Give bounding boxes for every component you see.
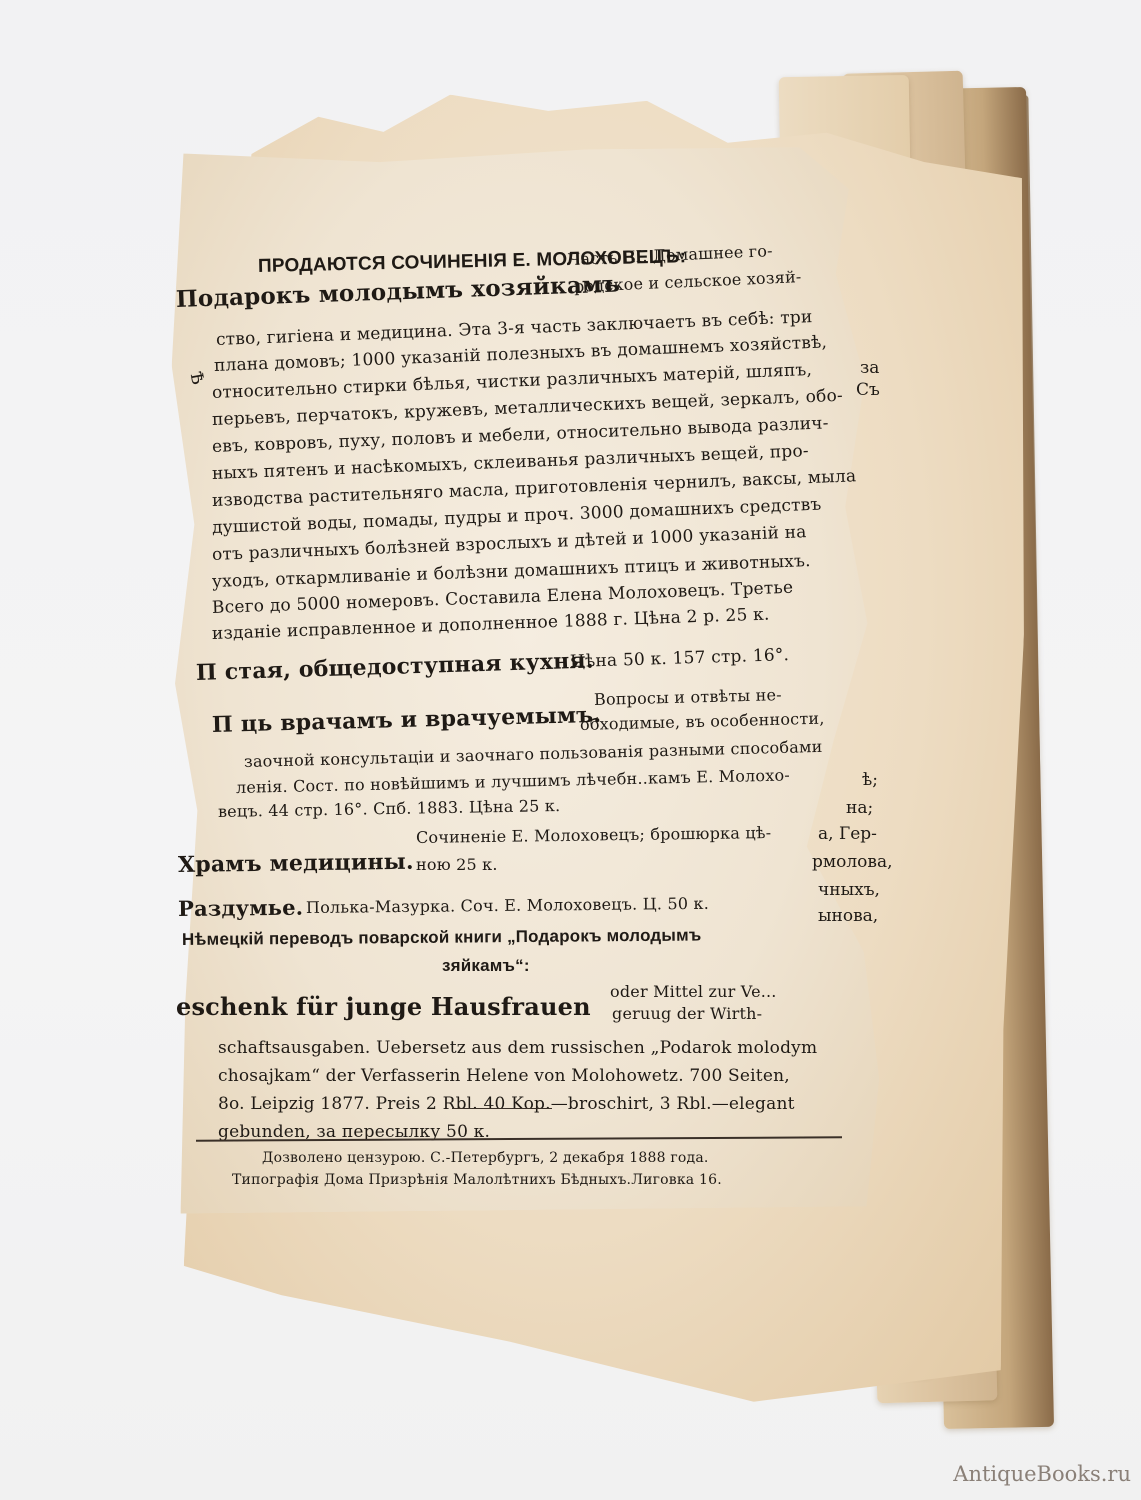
divider (452, 1108, 552, 1109)
entry-line: зяйкамъ“: (442, 956, 530, 976)
entry-title: П стая, общедоступная кухня. (196, 648, 595, 686)
printed-text: ПРОДАЮТСЯ СОЧИНЕНІЯ Е. МОЛОХОВЕЦЪ: Подар… (0, 0, 1141, 1500)
entry-title: eschenk für junge Hausfrauen (176, 992, 591, 1021)
entry-line: Полька-Мазурка. Соч. Е. Молоховецъ. Ц. 5… (306, 894, 709, 917)
edge-fragment: ынова, (818, 906, 878, 926)
edge-fragment: за (860, 358, 879, 378)
entry-title: Храмъ медицины. (178, 849, 414, 878)
entry-line: geruug der Wirth- (612, 1004, 762, 1023)
edge-fragment: рмолова, (812, 852, 892, 872)
entry-title: Нѣмецкій переводъ поварской книги „Подар… (182, 925, 702, 950)
entry-line: Вопросы и отвѣты не- (594, 685, 782, 709)
entry-line: обходимые, въ особенности, (580, 709, 825, 734)
entry-line: 8o. Leipzig 1877. Preis 2 Rbl. 40 Kop.—b… (218, 1094, 795, 1114)
entry-title: Подарокъ молодымъ хозяйкамъ (176, 271, 621, 313)
entry-title: П ць врачамъ и врачуемымъ. (212, 702, 602, 738)
imprint-line: Дозволено цензурою. С.-Петербургъ, 2 дек… (262, 1150, 709, 1166)
entry-line: Сочиненіе Е. Молоховецъ; брошюрка цѣ- (416, 823, 771, 847)
entry-title: Раздумье. (178, 895, 303, 921)
edge-fragment: ѣ; (862, 770, 878, 790)
entry-line: ленія. Сост. по новѣйшимъ и лучшимъ лѣче… (236, 765, 790, 797)
edge-fragment: Ѣ (186, 370, 208, 386)
entry-line: schaftsausgaben. Uebersetz aus dem russi… (218, 1038, 817, 1058)
imprint-line: Типографія Дома Призрѣнія Малолѣтнихъ Бѣ… (232, 1172, 722, 1188)
entry-line: oder Mittel zur Ve... (610, 982, 777, 1001)
edge-fragment: чныхъ, (818, 880, 880, 900)
entry-line: вецъ. 44 стр. 16°. Спб. 1883. Цѣна 25 к. (218, 796, 561, 821)
entry-line: chosajkam“ der Verfasserin Helene von Mo… (218, 1066, 790, 1086)
entry-line: Цѣна 50 к. 157 стр. 16°. (570, 645, 790, 672)
edge-fragment: на; (846, 798, 873, 818)
entry-line: ною 25 к. (416, 855, 498, 874)
photo-scene: ПРОДАЮТСЯ СОЧИНЕНІЯ Е. МОЛОХОВЕЦЪ: Подар… (0, 0, 1141, 1500)
watermark: AntiqueBooks.ru (953, 1462, 1131, 1486)
edge-fragment: Съ (856, 380, 880, 400)
edge-fragment: а, Гер- (818, 824, 877, 844)
